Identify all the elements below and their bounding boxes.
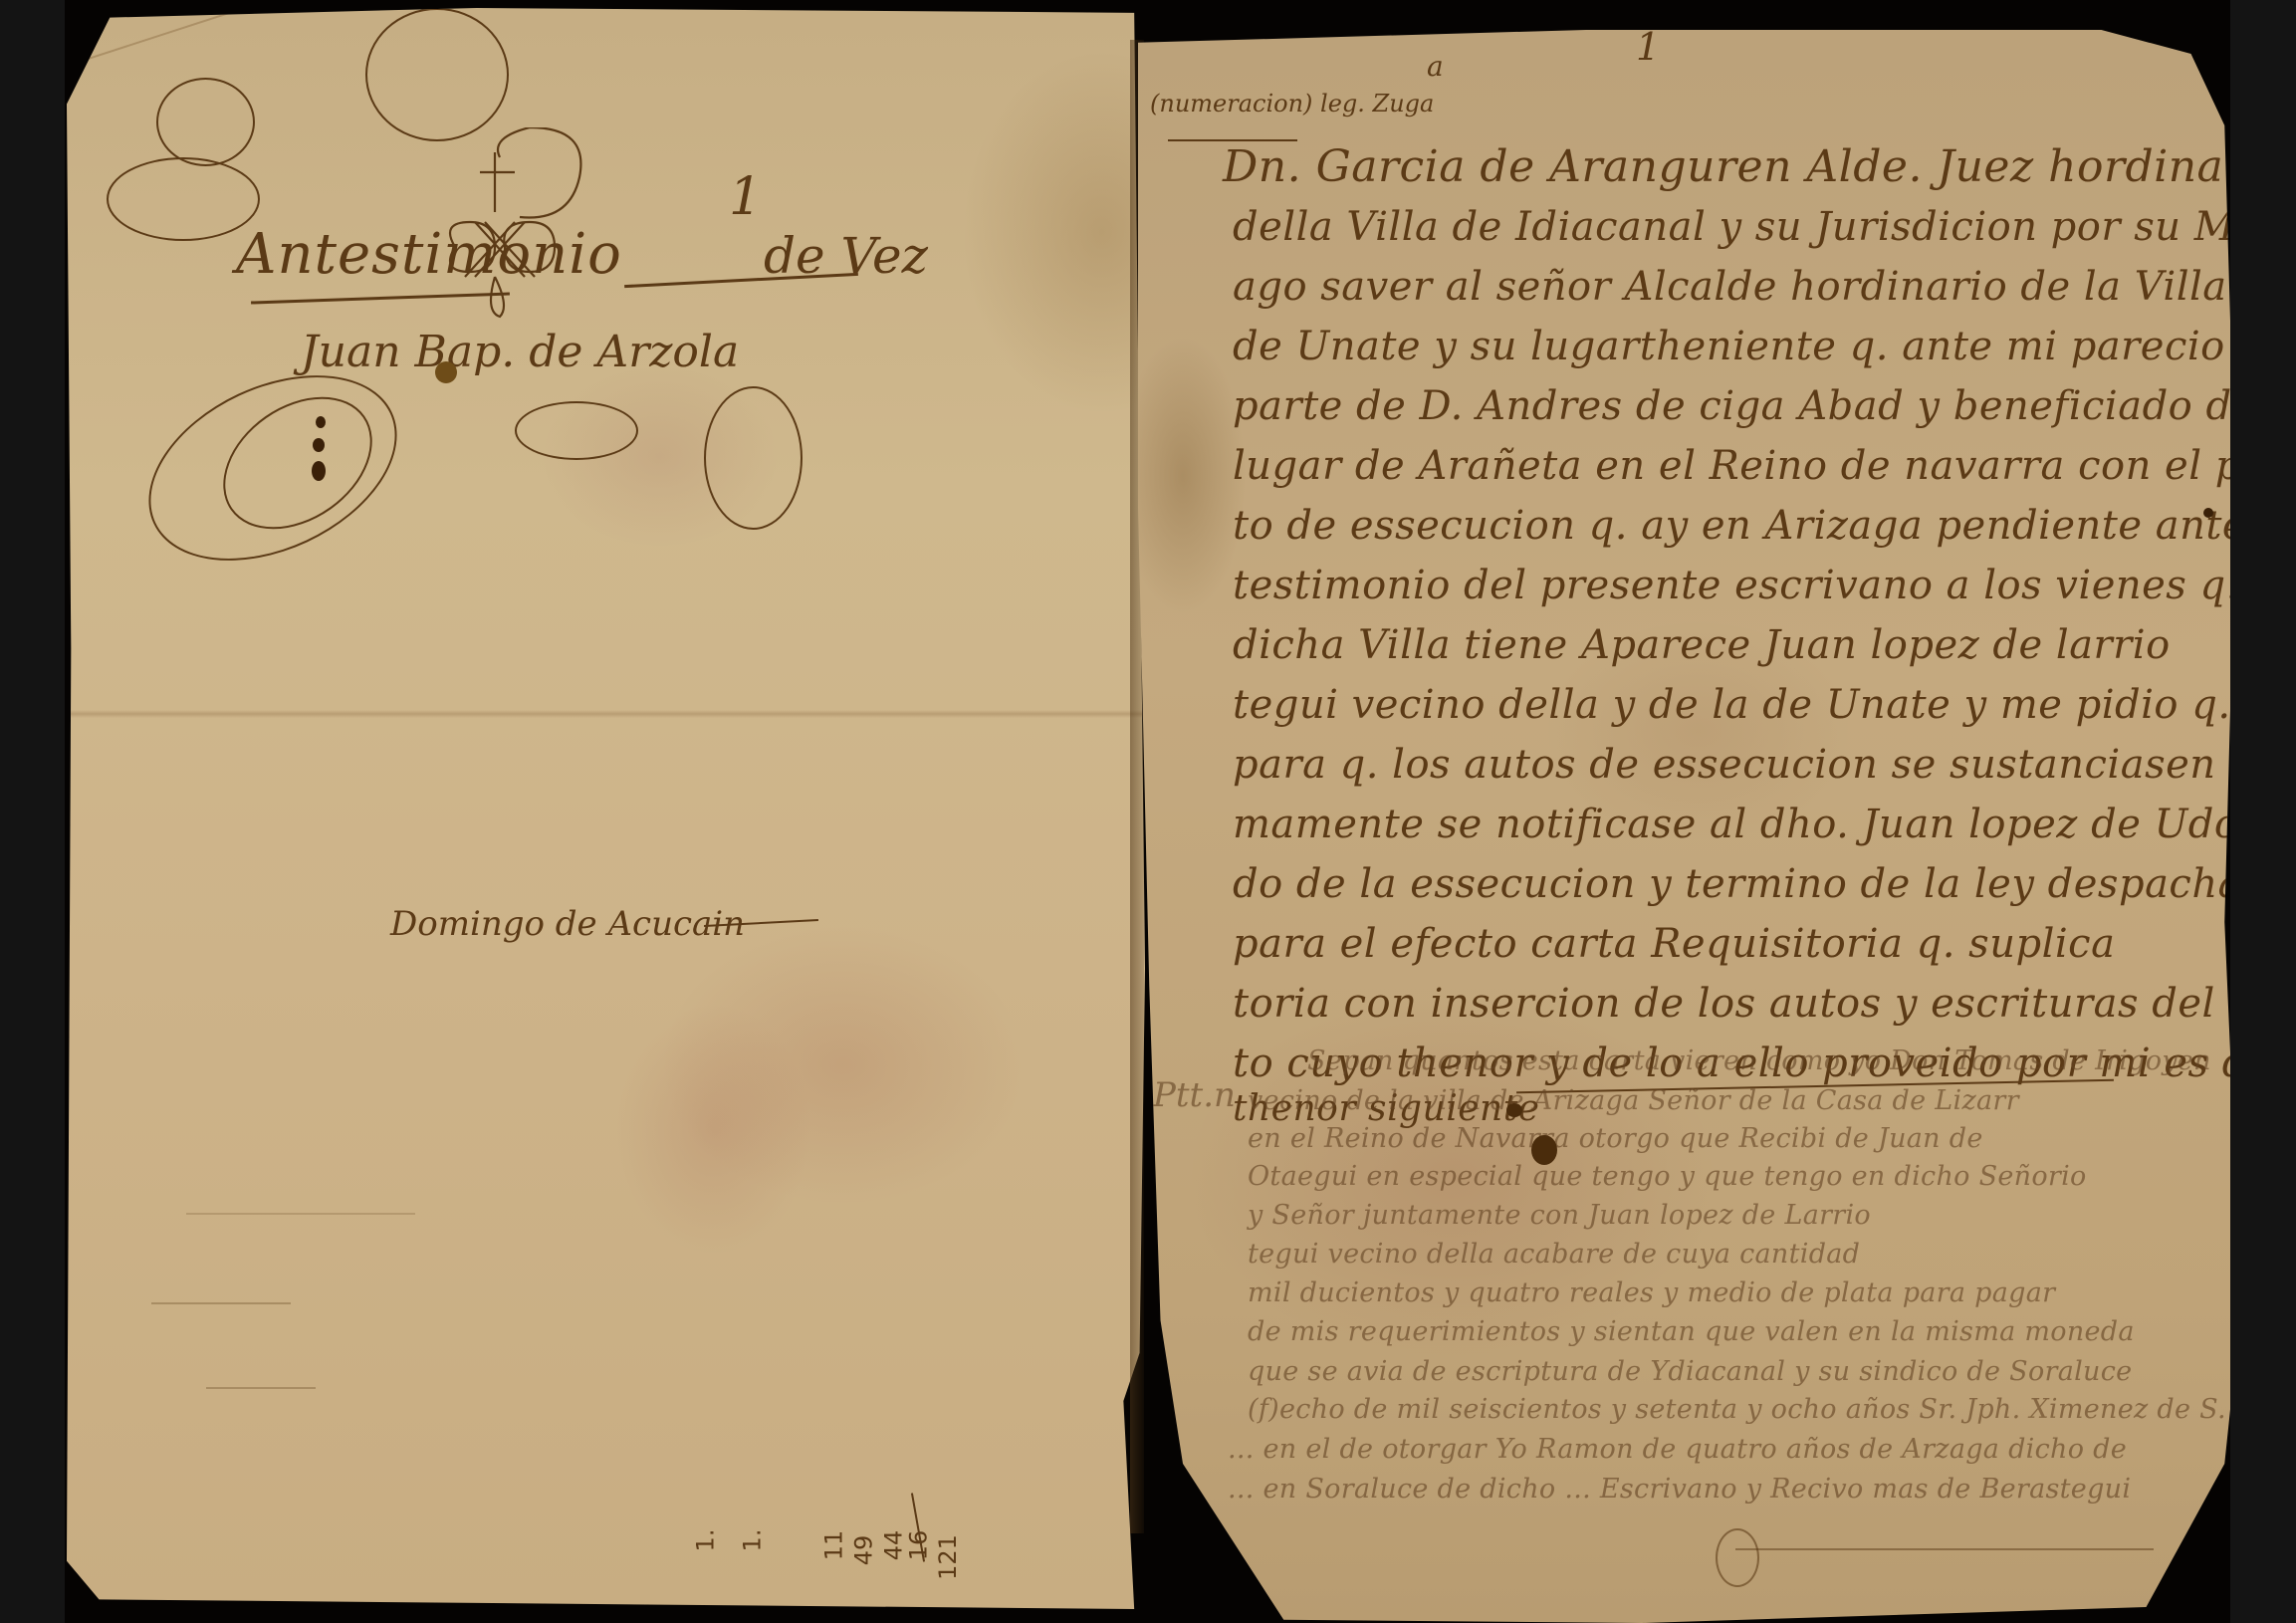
signature-rubric-right: [704, 386, 803, 530]
ink-dot: [2203, 508, 2213, 518]
ink-stain: [1506, 1103, 1522, 1117]
copied-text-line: ... en Soraluce de dicho ... Escrivano y…: [1228, 1474, 2131, 1505]
ink-blot: [435, 361, 457, 383]
copied-text-line: (f)echo de mil seiscientos y setenta y o…: [1248, 1394, 2226, 1425]
copied-text-line: en el Reino de Navarra otorgo que Recibi…: [1248, 1123, 1983, 1154]
text-line: toria con insercion de los autos y escri…: [1233, 981, 2230, 1027]
folio-number: 1: [1636, 30, 1660, 69]
signature-juan-bautista: Juan Bap. de Arzola: [301, 327, 739, 377]
ink-dot: [312, 461, 326, 481]
horizontal-fold: [67, 710, 1145, 718]
left-page: Antestimonio de Vez 1 Juan Bap. de Arzol…: [67, 8, 1145, 1609]
ink-stain: [1531, 1135, 1557, 1165]
flourish-loop-topleft: [156, 78, 255, 166]
archive-margin-note-sup: a: [1427, 50, 1444, 83]
copied-text-line: mil ducientos y quatro reales y medio de…: [1248, 1277, 2055, 1308]
corner-mark: 1: [729, 167, 762, 227]
archive-margin-note: (numeracion) leg. Zuga: [1150, 90, 1434, 117]
text-line: dicha Villa tiene Aparece Juan lopez de …: [1233, 622, 2171, 668]
margin-number: 44: [879, 1530, 907, 1561]
bottom-rubric: [1716, 1528, 1759, 1587]
text-line: testimonio del presente escrivano a los …: [1233, 563, 2230, 608]
copied-text-line: y Señor juntamente con Juan lopez de Lar…: [1248, 1200, 1871, 1231]
text-line: parte de D. Andres de ciga Abad y benefi…: [1233, 383, 2230, 429]
marginal-mark: Ptt.n: [1153, 1075, 1236, 1115]
flourish-loop-top: [365, 8, 509, 141]
ink-dot: [313, 438, 325, 452]
text-line: de Unate y su lugartheniente q. ante mi …: [1233, 324, 2230, 369]
text-line: ago saver al señor Alcalde hordinario de…: [1233, 264, 2227, 310]
copied-text-line: vecino de la villa de Arizaga Señor de l…: [1248, 1085, 2019, 1116]
text-line: para el efecto carta Requisitoria q. sup…: [1233, 921, 2115, 967]
text-line: della Villa de Idiacanal y su Jurisdicio…: [1233, 204, 2230, 250]
diagonal-fold: [67, 8, 595, 80]
bleed-through-stroke: [151, 1302, 291, 1304]
copied-text-line: Otaegui en especial que tengo y que teng…: [1248, 1161, 2087, 1192]
margin-number: 49: [849, 1535, 877, 1566]
bottom-rule: [1735, 1548, 2154, 1550]
signature-rubric-middle: [515, 401, 638, 460]
margin-number: 1.: [691, 1529, 719, 1552]
bleed-through-stroke: [206, 1387, 316, 1389]
copied-text-line: de mis requerimientos y sientan que vale…: [1248, 1316, 2135, 1347]
margin-number: 11: [819, 1530, 847, 1561]
ink-dot: [316, 416, 326, 428]
margin-number: 121: [934, 1534, 962, 1580]
copied-text-line: ... en el de otorgar Yo Ramon de quatro …: [1228, 1434, 2127, 1465]
text-line: tegui vecino della y de la de Unate y me…: [1233, 682, 2230, 728]
text-line: para q. los autos de essecucion se susta…: [1233, 742, 2230, 788]
text-line: mamente se notificase al dho. Juan lopez…: [1233, 802, 2230, 847]
signature-domingo: Domingo de Acucain: [390, 904, 745, 944]
scan-area: Antestimonio de Vez 1 Juan Bap. de Arzol…: [65, 0, 2230, 1623]
text-line: Dn. Garcia de Aranguren Alde. Juez hordi…: [1223, 141, 2230, 192]
text-line: lugar de Arañeta en el Reino de navarra …: [1233, 443, 2230, 489]
copied-text-line: que se avia de escriptura de Ydiacanal y…: [1248, 1356, 2132, 1387]
right-page: (numeracion) leg. Zuga a 1 Dn. Garcia de…: [1138, 30, 2230, 1623]
bleed-through-stroke: [186, 1213, 415, 1215]
text-line: do de la essecucion y termino de la ley …: [1233, 861, 2230, 907]
copied-text-line: tegui vecino della acabare de cuya canti…: [1248, 1239, 1860, 1270]
notarial-sign-icon: [415, 127, 614, 327]
text-line: to de essecucion q. ay en Arizaga pendie…: [1233, 503, 2230, 549]
margin-number: 1.: [738, 1529, 766, 1552]
copied-text-line: Sepan quantos esta carta vieren como yo …: [1307, 1045, 2211, 1076]
